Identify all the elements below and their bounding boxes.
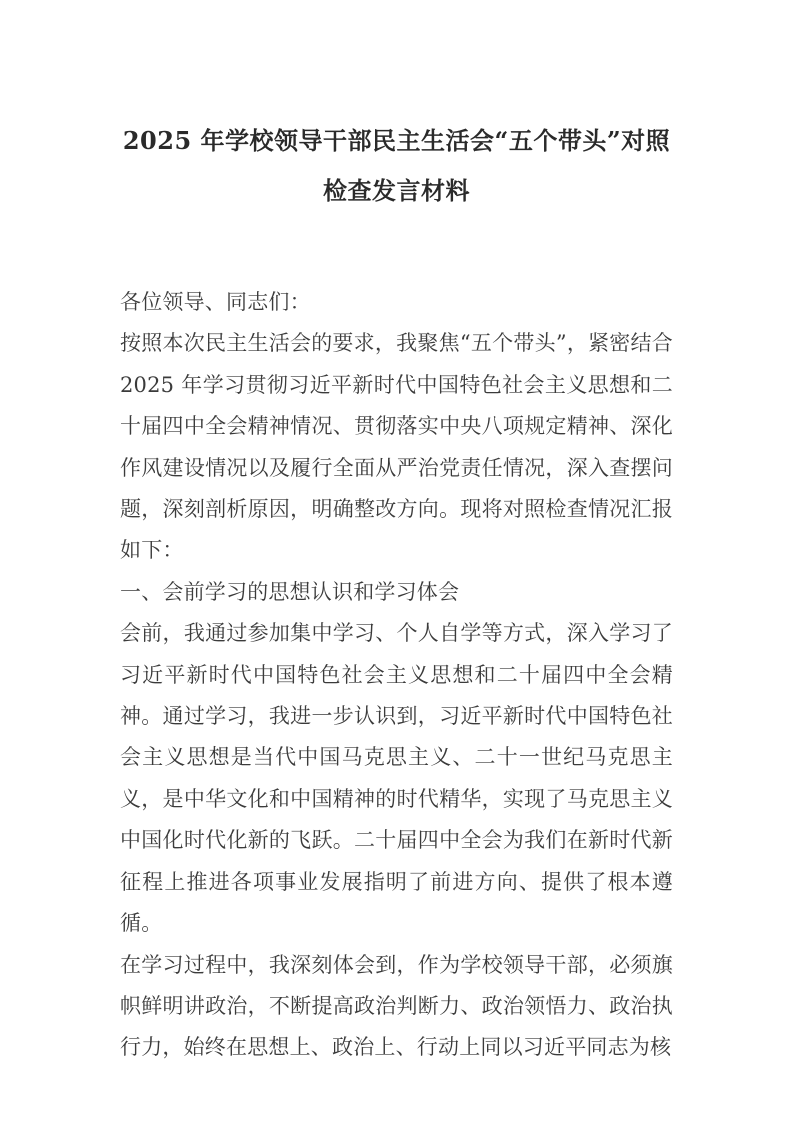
document-body: 各位领导、同志们： 按照本次民主生活会的要求，我聚焦“五个带头”，紧密结合 20… <box>120 282 673 1069</box>
body-paragraph-politics: 在学习过程中，我深刻体会到，作为学校领导干部，必须旗帜鲜明讲政治，不断提高政治判… <box>120 945 673 1069</box>
section-heading-one: 一、会前学习的思想认识和学习体会 <box>120 572 673 613</box>
body-paragraph-study: 会前，我通过参加集中学习、个人自学等方式，深入学习了习近平新时代中国特色社会主义… <box>120 613 673 944</box>
document-page: 2025 年学校领导干部民主生活会“五个带头”对照检查发言材料 各位领导、同志们… <box>0 0 793 1122</box>
opening-paragraph: 按照本次民主生活会的要求，我聚焦“五个带头”，紧密结合 2025 年学习贯彻习近… <box>120 323 673 571</box>
document-title: 2025 年学校领导干部民主生活会“五个带头”对照检查发言材料 <box>120 116 673 216</box>
salutation-line: 各位领导、同志们： <box>120 282 673 323</box>
